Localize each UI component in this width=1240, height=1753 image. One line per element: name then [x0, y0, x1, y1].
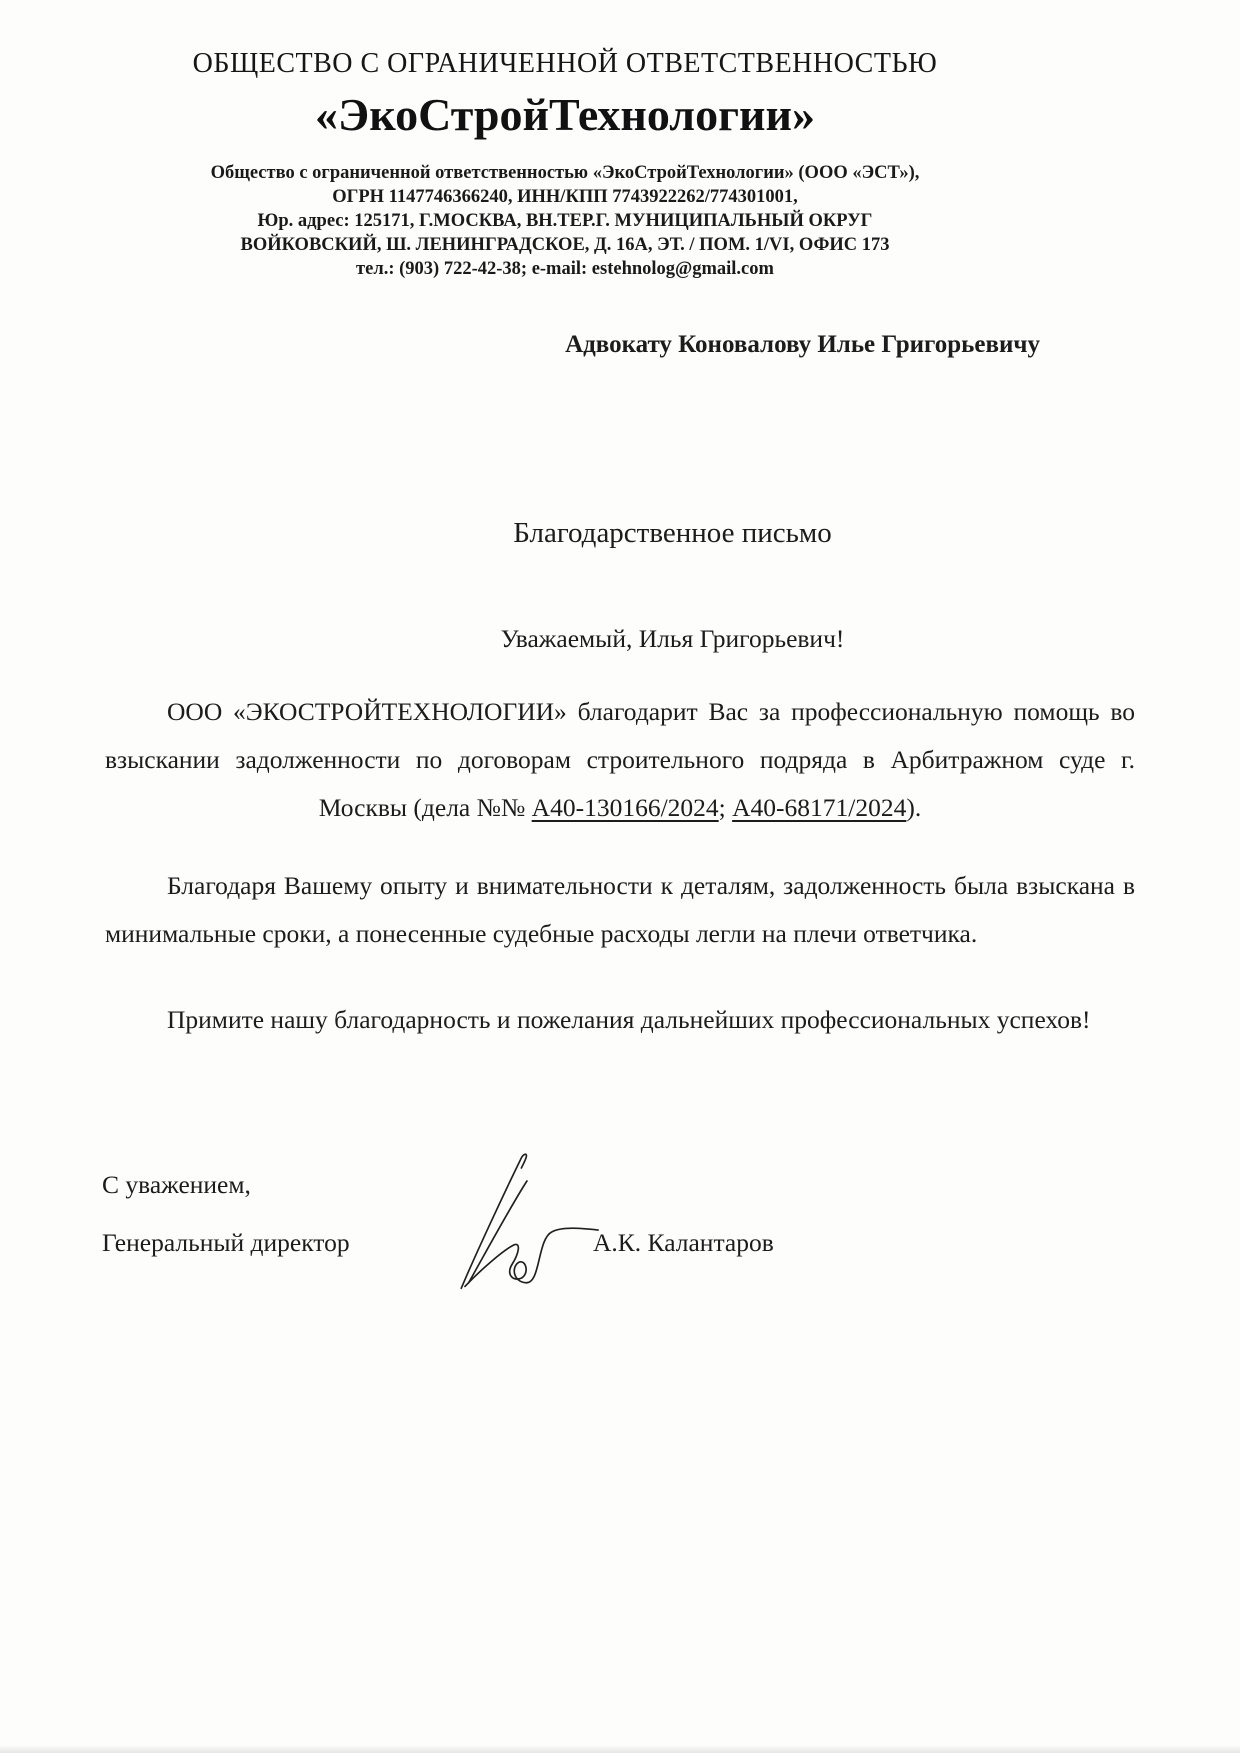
signer-position: Генеральный директор [102, 1228, 350, 1258]
letterhead: ОБЩЕСТВО С ОГРАНИЧЕННОЙ ОТВЕТСТВЕННОСТЬЮ… [0, 0, 1130, 281]
letter-page: ОБЩЕСТВО С ОГРАНИЧЕННОЙ ОТВЕТСТВЕННОСТЬЮ… [0, 0, 1240, 1753]
paragraph-gratitude-end: ). [906, 793, 921, 822]
letterhead-detail-line: ОГРН 1147746366240, ИНН/КПП 7743922262/7… [0, 185, 1130, 209]
salutation-line: Уважаемый, Илья Григорьевич! [0, 624, 1240, 654]
case-number-2: А40-68171/2024 [732, 793, 906, 822]
letterhead-detail-line: Юр. адрес: 125171, Г.МОСКВА, ВН.ТЕР.Г. М… [0, 209, 1130, 233]
handwritten-signature-icon [415, 1138, 600, 1298]
letterhead-details: Общество с ограниченной ответственностью… [0, 161, 1130, 281]
letterhead-detail-line: тел.: (903) 722-42-38; e-mail: estehnolo… [0, 257, 1130, 281]
paragraph-wishes: Примите нашу благодарность и пожелания д… [105, 996, 1135, 1044]
case-separator: ; [719, 793, 732, 822]
org-name: «ЭкоСтройТехнологии» [0, 88, 1130, 141]
addressee-line: Адвокату Коновалову Илье Григорьевичу [0, 331, 1240, 359]
letter-title: Благодарственное письмо [0, 517, 1240, 550]
paragraph-gratitude: ООО «ЭКОСТРОЙТЕХНОЛОГИИ» благодарит Вас … [105, 688, 1135, 832]
org-form-caps: ОБЩЕСТВО С ОГРАНИЧЕННОЙ ОТВЕТСТВЕННОСТЬЮ [0, 48, 1130, 80]
signature-block: С уважением, Генеральный директор А.К. К… [0, 1108, 1240, 1408]
closing-line: С уважением, [102, 1170, 251, 1200]
letterhead-detail-line: ВОЙКОВСКИЙ, Ш. ЛЕНИНГРАДСКОЕ, Д. 16А, ЭТ… [0, 233, 1130, 257]
signer-name: А.К. Калантаров [593, 1228, 774, 1258]
letter-body: ООО «ЭКОСТРОЙТЕХНОЛОГИИ» благодарит Вас … [0, 688, 1240, 1044]
scan-bottom-edge [0, 1745, 1240, 1753]
case-number-1: А40-130166/2024 [532, 793, 719, 822]
letterhead-detail-line: Общество с ограниченной ответственностью… [0, 161, 1130, 185]
paragraph-outcome: Благодаря Вашему опыту и внимательности … [105, 862, 1135, 958]
